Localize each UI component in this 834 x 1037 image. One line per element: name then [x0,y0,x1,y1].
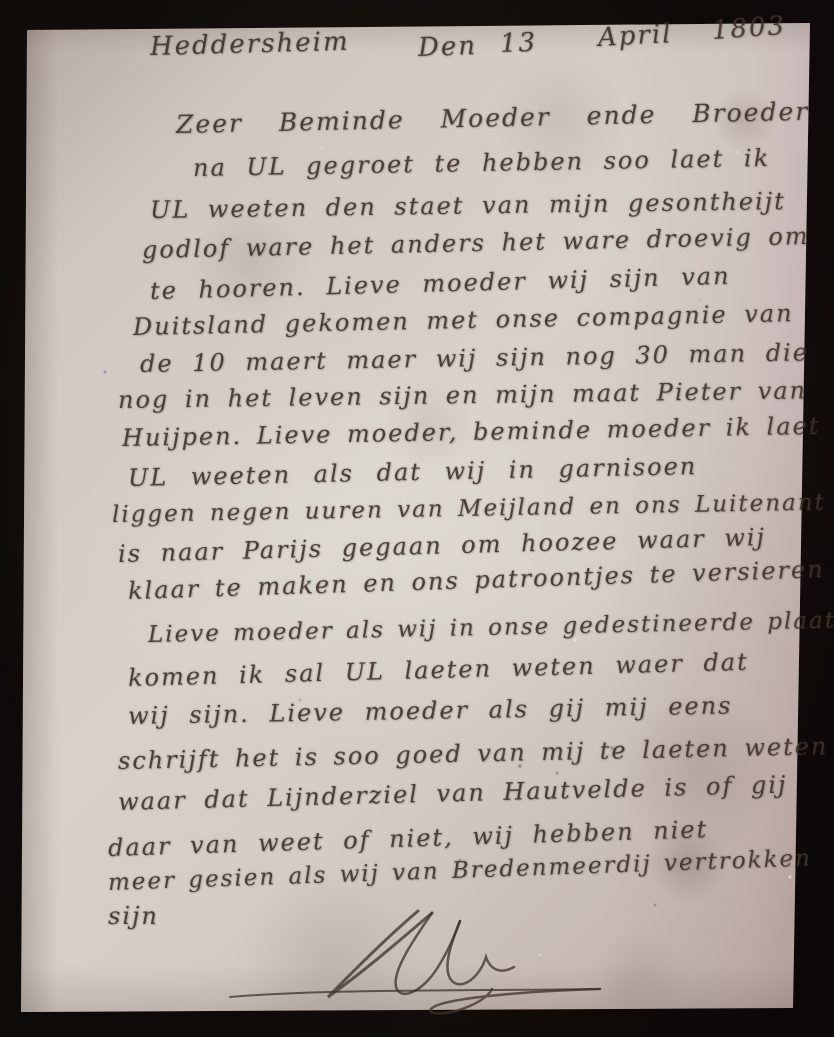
dateline-year: 1803 [711,11,787,46]
dateline-den: Den [417,31,477,63]
dateline-place: Heddersheim [150,27,350,62]
letter-line: sijn [108,902,159,930]
letter-photograph: Heddersheim Den 13 April 1803 Zeer Bemin… [0,0,834,1037]
dateline-day: 13 [499,28,537,59]
dateline-month: April [597,19,673,53]
signature-flourish [170,905,670,1020]
